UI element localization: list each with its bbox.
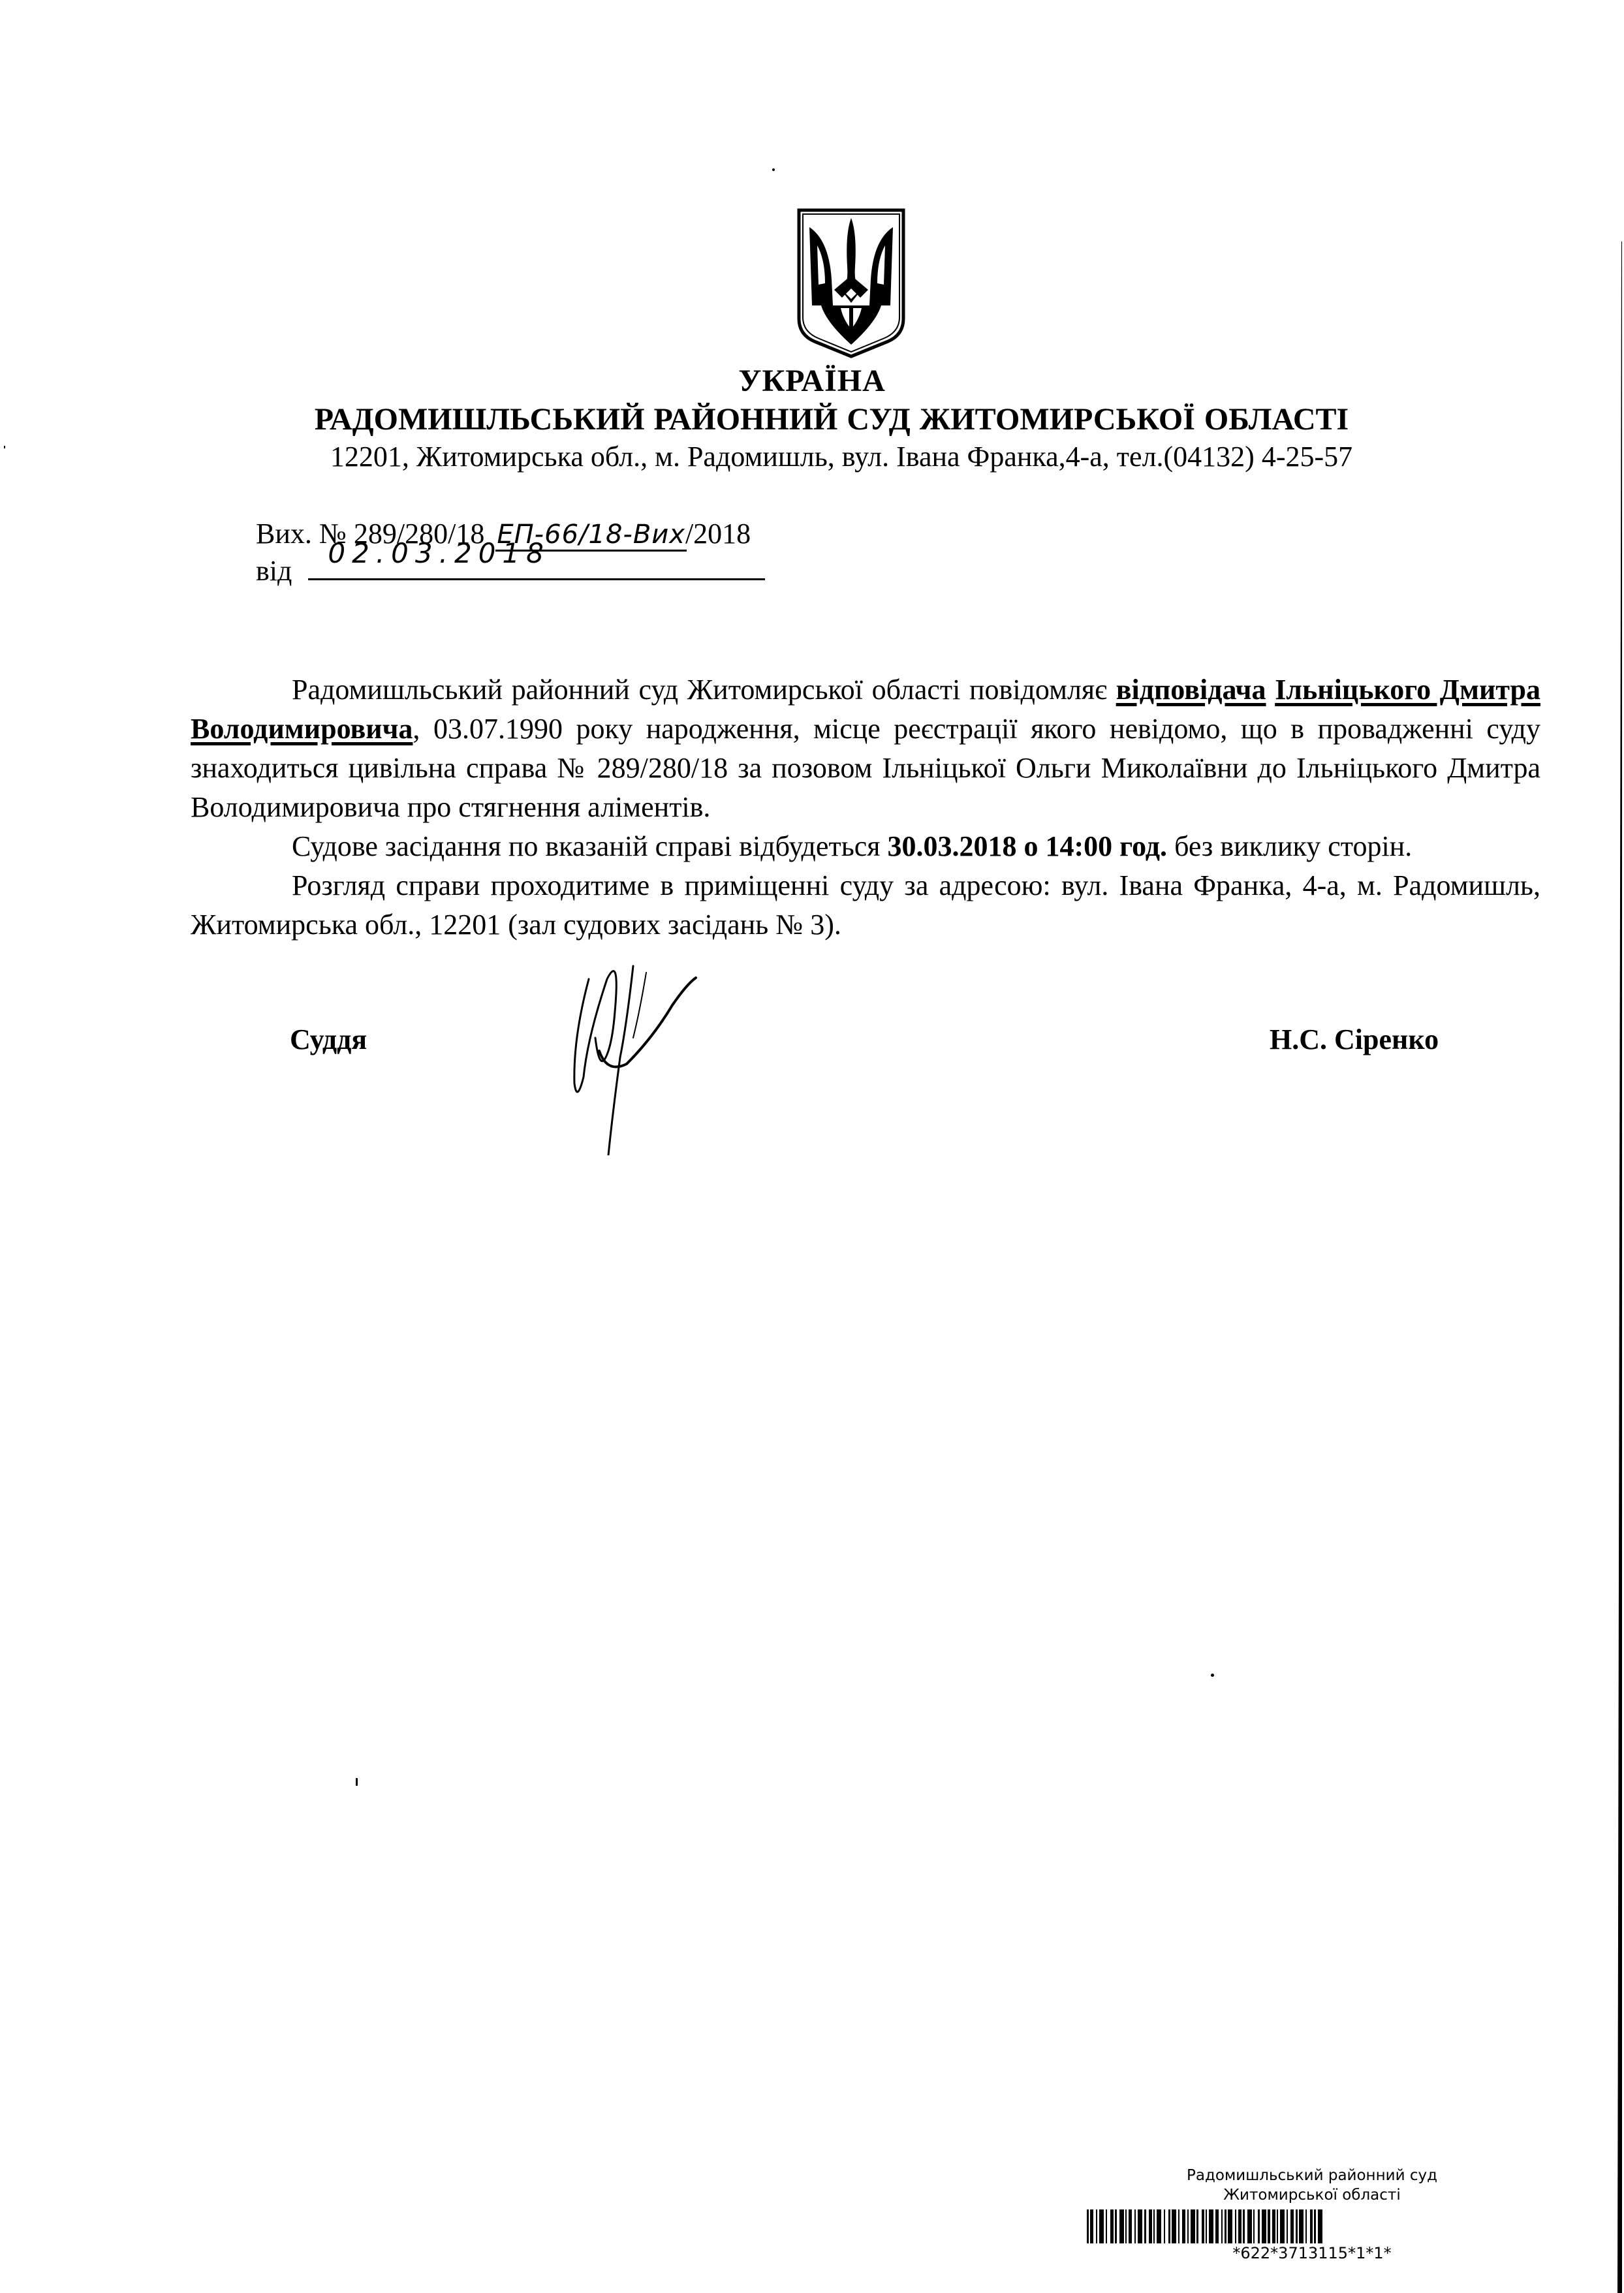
barcode-value: *622*3713115*1*1* (1084, 2243, 1540, 2263)
hearing-datetime: 30.03.2018 о 14:00 год. (888, 830, 1168, 862)
stamp-court-line2: Житомирської області (1084, 2185, 1540, 2205)
handwritten-signature-icon (535, 959, 809, 1155)
defendant-role: відповідача (1116, 674, 1266, 706)
date-blank-line: 02.03.2018 (308, 552, 765, 580)
scan-speck (4, 446, 5, 448)
court-address: 12201, Житомирська обл., м. Радомишль, в… (0, 439, 1624, 475)
notice-intro: Радомишльський районний суд Житомирської… (292, 674, 1116, 706)
court-name-heading: РАДОМИШЛЬСЬКИЙ РАЙОННИЙ СУД ЖИТОМИРСЬКОЇ… (0, 401, 1624, 439)
coat-of-arms-icon (795, 208, 907, 359)
scan-edge-line (1617, 242, 1623, 2293)
spacer (1266, 674, 1275, 706)
scan-speck (1211, 1674, 1214, 1677)
stamp-court-line1: Радомишльський районний суд (1084, 2166, 1540, 2185)
paragraph-hearing: Судове засідання по вказаній справі відб… (191, 827, 1540, 866)
hearing-intro: Судове засідання по вказаній справі відб… (292, 830, 888, 862)
hearing-rest: без виклику сторін. (1167, 830, 1412, 862)
handwritten-date: 02.03.2018 (328, 535, 550, 572)
notice-body: Радомишльський районний суд Житомирської… (191, 670, 1540, 944)
paragraph-notice: Радомишльський районний суд Житомирської… (191, 670, 1540, 827)
paragraph-location: Розгляд справи проходитиме в приміщенні … (191, 866, 1540, 944)
scan-speck (772, 168, 775, 171)
scan-speck (356, 1778, 358, 1786)
judge-label: Суддя (290, 1022, 367, 1058)
date-label: від (256, 555, 292, 587)
outgoing-year: /2018 (685, 518, 751, 550)
country-heading: УКРАЇНА (0, 363, 1624, 399)
judge-name: Н.С. Сіренко (1270, 1022, 1439, 1058)
barcode-icon (1087, 2209, 1542, 2243)
outgoing-date: від 02.03.2018 (256, 552, 765, 589)
